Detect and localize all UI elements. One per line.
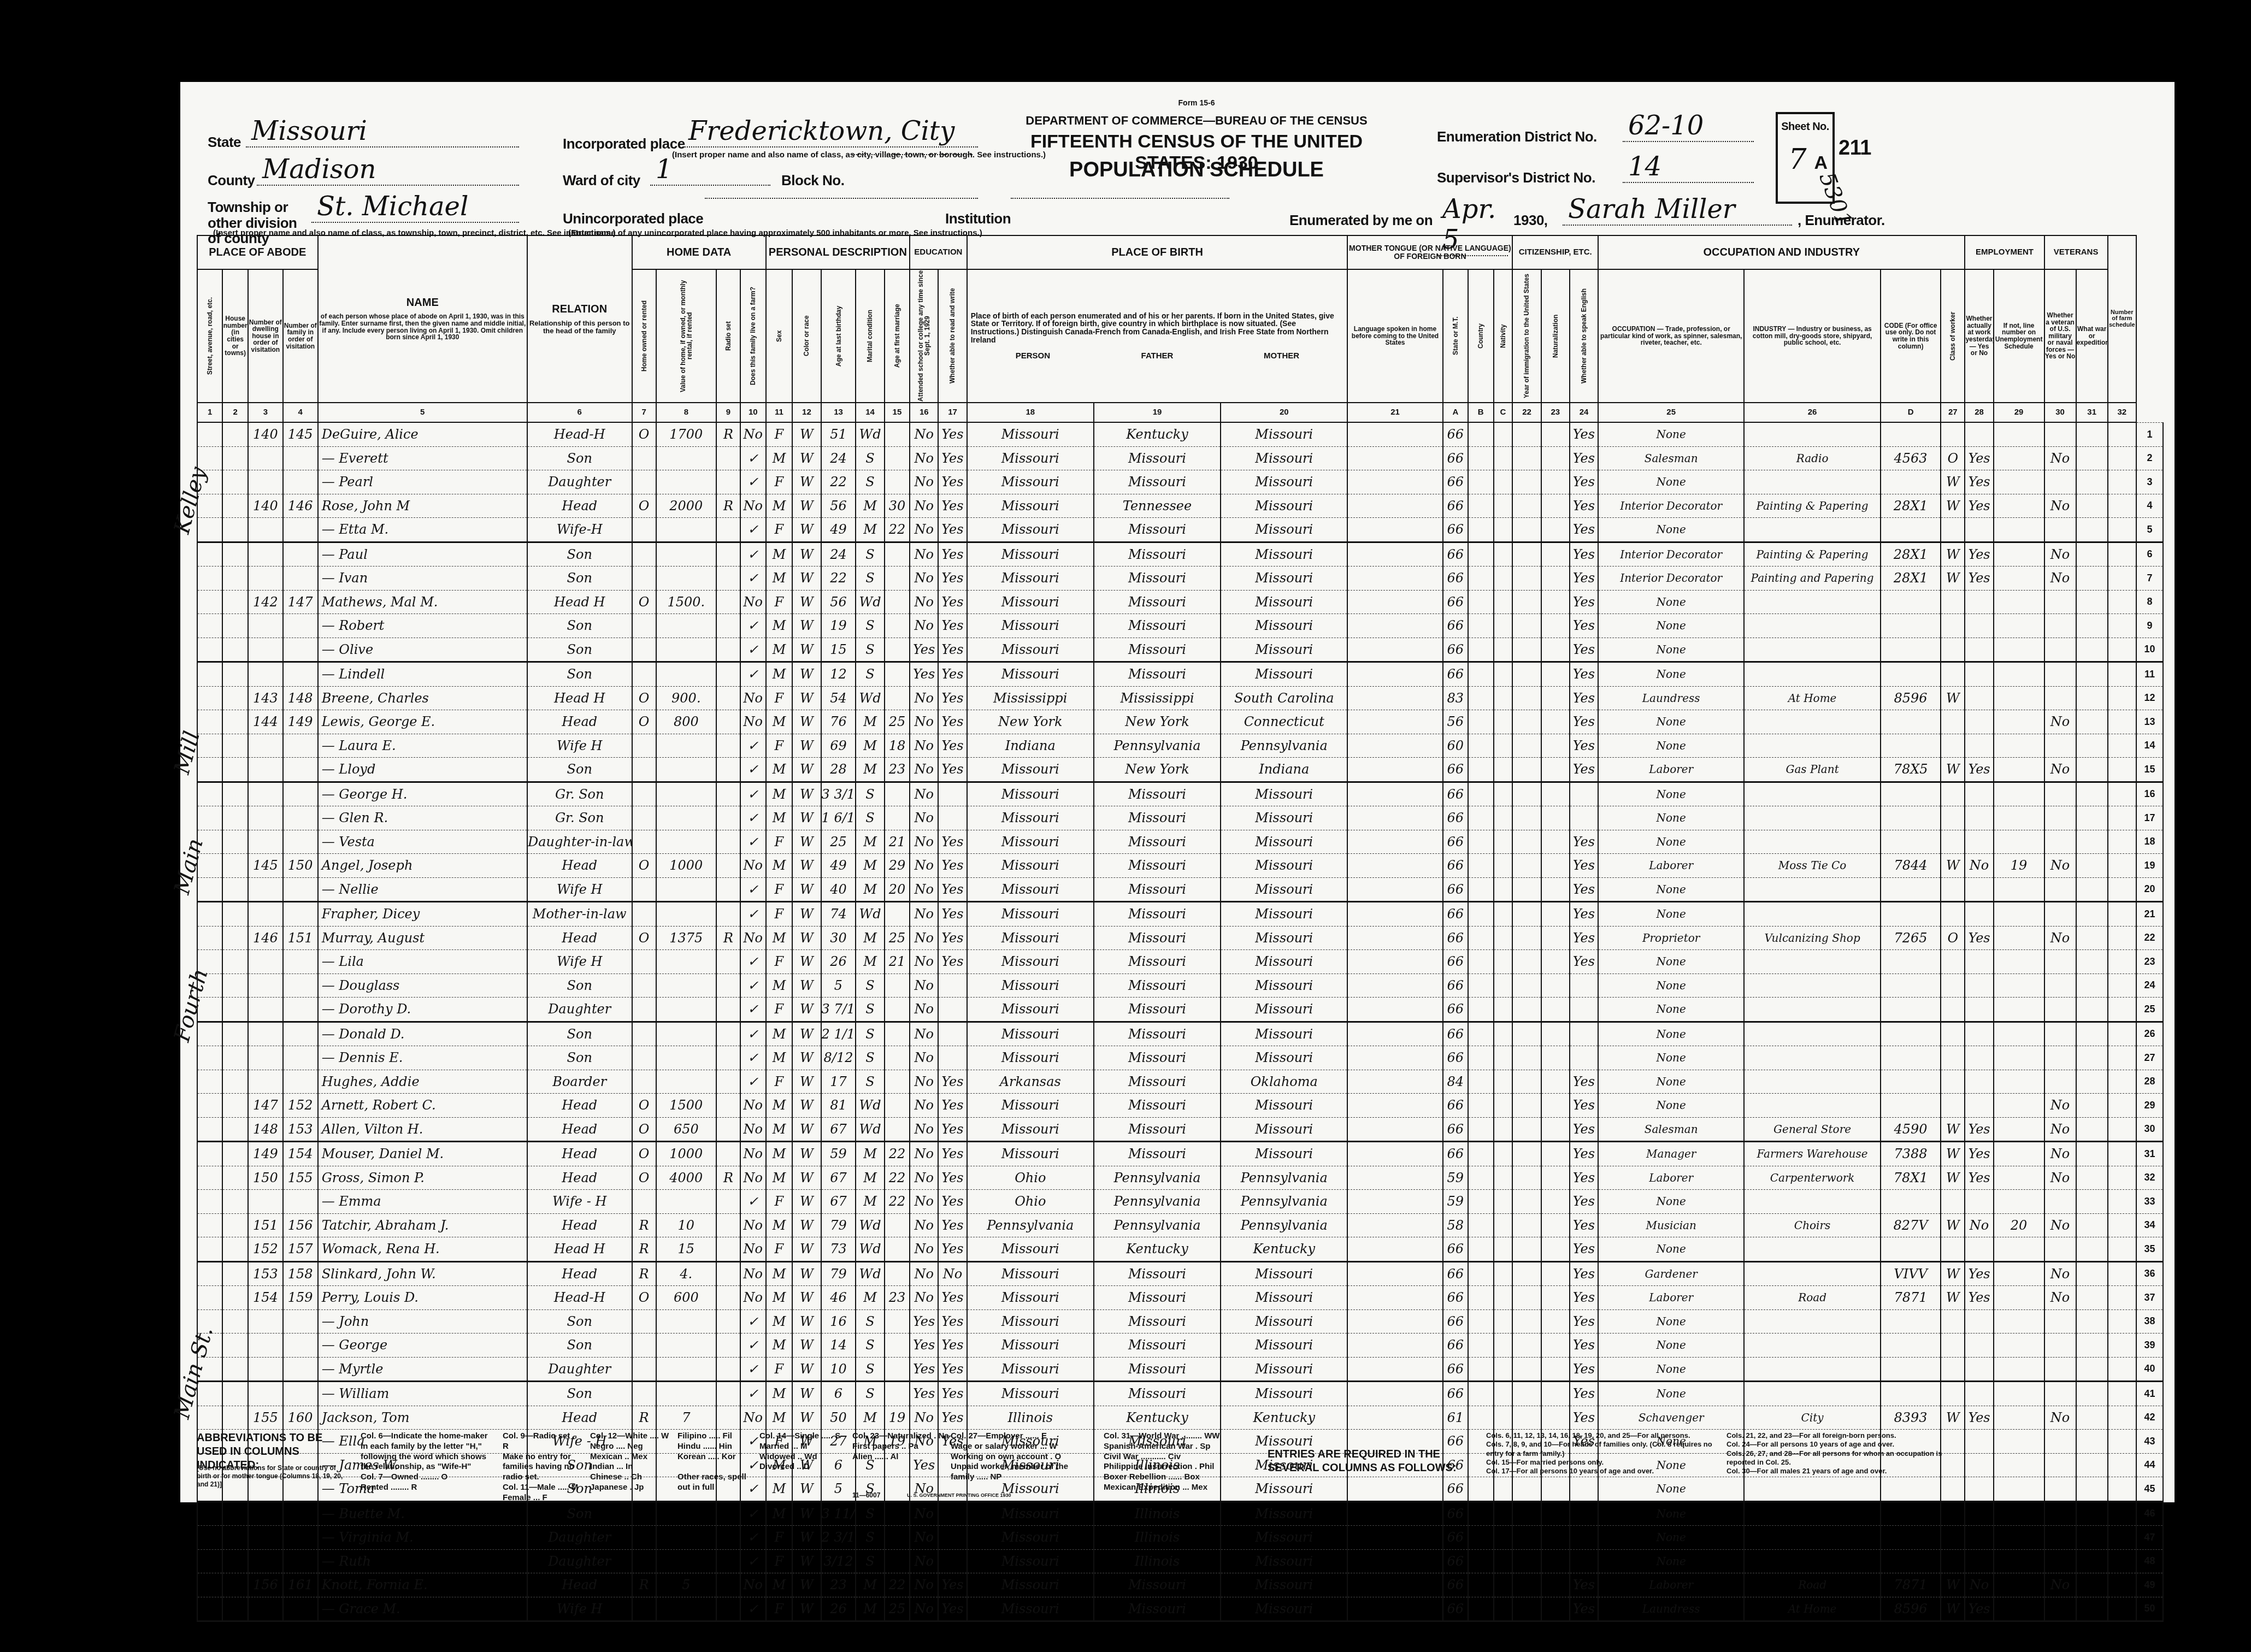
class-of-worker-cell <box>1941 422 1965 446</box>
birthplace-person-cell: Pennsylvania <box>967 1213 1094 1237</box>
radio-cell <box>716 950 740 974</box>
sex-cell: F <box>766 1357 793 1382</box>
marital-cell: S <box>856 1382 884 1406</box>
home-value-cell <box>656 973 716 998</box>
birthplace-father-cell: Kentucky <box>1094 422 1221 446</box>
code-a-cell: 66 <box>1443 1501 1468 1526</box>
age-cell: 76 <box>821 710 856 734</box>
code-a-cell: 59 <box>1443 1190 1468 1214</box>
school-cell: No <box>910 1166 938 1190</box>
col-8-header: Value of home, if owned, or monthly rent… <box>656 269 716 403</box>
class-of-worker-cell <box>1941 782 1965 806</box>
veteran-cell: No <box>2044 710 2076 734</box>
dwelling-number-cell <box>248 1190 283 1214</box>
read-write-cell: Yes <box>938 854 967 878</box>
code-d-cell: 8596 <box>1881 686 1941 710</box>
veteran-cell: No <box>2044 1142 2076 1166</box>
code-b-cell <box>1468 854 1493 878</box>
code-b-cell <box>1468 1406 1493 1430</box>
race-cell: W <box>792 758 821 782</box>
school-cell: Yes <box>910 1382 938 1406</box>
home-value-cell <box>656 902 716 927</box>
name-column-description: of each person whose place of abode on A… <box>319 313 527 340</box>
war-cell <box>2076 638 2108 662</box>
speak-english-cell: Yes <box>1570 830 1598 854</box>
home-value-cell <box>656 1549 716 1573</box>
marital-cell: S <box>856 1549 884 1573</box>
farm-schedule-cell <box>2108 518 2136 542</box>
family-number-cell <box>283 1357 318 1382</box>
birthplace-person-cell: Missouri <box>967 1334 1094 1358</box>
column-number: B <box>1468 403 1493 422</box>
immigration-year-cell <box>1512 1382 1541 1406</box>
street-cell <box>197 1213 222 1237</box>
school-cell: No <box>910 1190 938 1214</box>
group-name-label: NAME <box>319 297 527 309</box>
home-value-cell: 1375 <box>656 926 716 950</box>
street-cell <box>197 1022 222 1046</box>
column-number: 7 <box>632 403 656 422</box>
birthplace-mother-cell: Missouri <box>1221 1117 1347 1142</box>
dwelling-number-cell <box>248 1597 283 1621</box>
immigration-year-cell <box>1512 1501 1541 1526</box>
sex-cell: M <box>766 710 793 734</box>
line-number-cell: 8 <box>2136 590 2163 614</box>
name-cell: — Grace M. <box>318 1597 527 1621</box>
census-row: — DouglassSon✓MW5SNoMissouriMissouriMiss… <box>197 973 2163 998</box>
marital-cell: Wd <box>856 1094 884 1118</box>
occupation-cell: None <box>1598 1334 1744 1358</box>
industry-cell <box>1744 1382 1881 1406</box>
column-number: 9 <box>716 403 740 422</box>
code-b-cell <box>1468 902 1493 927</box>
relation-cell: Son <box>527 542 632 567</box>
family-number-cell <box>283 1334 318 1358</box>
abbrev-col12-other: Filipino ..... Fil Hindu ...... Hin Kore… <box>677 1431 749 1493</box>
census-row: — Buette M.Son✓MW3 11/12SNoMissouriIllin… <box>197 1501 2163 1526</box>
house-number-cell <box>222 518 248 542</box>
census-row: 140146Rose, John MHeadO2000RNoMW56M30NoY… <box>197 494 2163 518</box>
street-cell <box>197 422 222 446</box>
industry-cell: Farmers Warehouse <box>1744 1142 1881 1166</box>
school-cell: Yes <box>910 662 938 687</box>
age-cell: 25 <box>821 830 856 854</box>
census-row: — LindellSon✓MW12SYesYesMissouriMissouri… <box>197 662 2163 687</box>
school-cell: No <box>910 686 938 710</box>
census-row: — EverettSon✓MW24SNoYesMissouriMissouriM… <box>197 446 2163 470</box>
census-row: — Laura E.Wife H✓FW69M18NoYesIndianaPenn… <box>197 734 2163 758</box>
unemployment-line-cell <box>1994 806 2044 830</box>
industry-cell <box>1744 902 1881 927</box>
immigration-year-cell <box>1512 1597 1541 1621</box>
relation-cell: Son <box>527 446 632 470</box>
relation-cell: Daughter <box>527 1357 632 1382</box>
code-b-cell <box>1468 1046 1493 1070</box>
sex-cell: M <box>766 1286 793 1310</box>
census-row: 154159Perry, Louis D.Head-HO600NoMW46M23… <box>197 1286 2163 1310</box>
family-number-cell <box>283 877 318 902</box>
family-number-cell: 153 <box>283 1117 318 1142</box>
industry-cell: At Home <box>1744 1597 1881 1621</box>
read-write-cell: Yes <box>938 1382 967 1406</box>
school-cell: No <box>910 1573 938 1597</box>
at-work-cell: Yes <box>1965 1286 1993 1310</box>
sex-cell: M <box>766 494 793 518</box>
mother-tongue-cell <box>1347 1094 1442 1118</box>
code-d-cell <box>1881 1334 1941 1358</box>
code-a-cell: 66 <box>1443 973 1468 998</box>
house-number-cell <box>222 782 248 806</box>
dwelling-number-cell <box>248 1046 283 1070</box>
war-cell <box>2076 1334 2108 1358</box>
code-d-cell <box>1881 950 1941 974</box>
relation-cell: Head <box>527 1142 632 1166</box>
speak-english-cell: Yes <box>1570 1286 1598 1310</box>
farm-cell: ✓ <box>740 973 765 998</box>
code-c-cell <box>1494 1406 1513 1430</box>
form-number: Form 15-6 <box>1000 98 1393 107</box>
birthplace-father-cell: Missouri <box>1094 614 1221 638</box>
house-number-cell <box>222 1213 248 1237</box>
col-7-header: Home owned or rented <box>632 269 656 403</box>
house-number-cell <box>222 1166 248 1190</box>
family-number-cell: 154 <box>283 1142 318 1166</box>
census-row: — PaulSon✓MW24SNoYesMissouriMissouriMiss… <box>197 542 2163 567</box>
census-row: — Glen R.Gr. Son✓MW1 6/12SNoMissouriMiss… <box>197 806 2163 830</box>
code-a-cell: 66 <box>1443 1237 1468 1262</box>
at-work-cell: Yes <box>1965 1142 1993 1166</box>
code-c-cell <box>1494 1597 1513 1621</box>
war-cell <box>2076 1094 2108 1118</box>
age-cell: 30 <box>821 926 856 950</box>
occupation-cell: Laundress <box>1598 686 1744 710</box>
line-number-cell: 10 <box>2136 638 2163 662</box>
dwelling-number-cell <box>248 1501 283 1526</box>
code-a-cell: 66 <box>1443 1526 1468 1550</box>
speak-english-cell: Yes <box>1570 926 1598 950</box>
speak-english-cell: Yes <box>1570 950 1598 974</box>
speak-english-cell: Yes <box>1570 1094 1598 1118</box>
at-work-cell <box>1965 973 1993 998</box>
war-cell <box>2076 614 2108 638</box>
census-row: Hughes, AddieBoarder✓FW17SNoYesArkansasM… <box>197 1070 2163 1094</box>
veteran-cell <box>2044 734 2076 758</box>
mother-tongue-cell <box>1347 1166 1442 1190</box>
war-cell <box>2076 1573 2108 1597</box>
dwelling-number-cell: 155 <box>248 1406 283 1430</box>
age-cell: 1 6/12 <box>821 806 856 830</box>
code-b-cell <box>1468 1142 1493 1166</box>
age-first-marriage-cell <box>885 973 910 998</box>
speak-english-cell <box>1570 1501 1598 1526</box>
at-work-cell: Yes <box>1965 1117 1993 1142</box>
class-of-worker-cell <box>1941 1022 1965 1046</box>
industry-cell <box>1744 806 1881 830</box>
col-11-header: Sex <box>766 269 793 403</box>
code-c-cell <box>1494 518 1513 542</box>
home-owned-cell <box>632 638 656 662</box>
sex-cell: F <box>766 422 793 446</box>
immigration-year-cell <box>1512 902 1541 927</box>
age-first-marriage-cell <box>885 806 910 830</box>
veteran-cell: No <box>2044 1406 2076 1430</box>
speak-english-cell: Yes <box>1570 1573 1598 1597</box>
home-value-cell: 5 <box>656 1573 716 1597</box>
class-of-worker-cell <box>1941 830 1965 854</box>
at-work-cell <box>1965 830 1993 854</box>
street-cell <box>197 973 222 998</box>
industry-cell: Gas Plant <box>1744 758 1881 782</box>
veteran-cell <box>2044 830 2076 854</box>
mother-tongue-cell <box>1347 662 1442 687</box>
unemployment-line-cell <box>1994 830 2044 854</box>
col-31-header: What war or expedition? <box>2076 269 2108 403</box>
sex-cell: M <box>766 1094 793 1118</box>
class-of-worker-cell <box>1941 1094 1965 1118</box>
code-a-cell: 61 <box>1443 1406 1468 1430</box>
school-cell: No <box>910 973 938 998</box>
birthplace-mother-cell: Pennsylvania <box>1221 1213 1347 1237</box>
age-first-marriage-cell <box>885 1261 910 1286</box>
code-b-cell <box>1468 1334 1493 1358</box>
street-cell <box>197 518 222 542</box>
name-cell: Tatchir, Abraham J. <box>318 1213 527 1237</box>
dwelling-number-cell <box>248 638 283 662</box>
house-number-cell <box>222 806 248 830</box>
family-number-cell: 149 <box>283 710 318 734</box>
marital-cell: M <box>856 1190 884 1214</box>
code-a-cell: 66 <box>1443 950 1468 974</box>
code-a-cell: 66 <box>1443 854 1468 878</box>
code-c-cell <box>1494 1022 1513 1046</box>
read-write-cell: Yes <box>938 494 967 518</box>
birthplace-mother-cell: Connecticut <box>1221 710 1347 734</box>
abbrev-col23: Col. 23—Naturalized . Na First papers ..… <box>852 1431 951 1462</box>
occupation-cell: Laundress <box>1598 1597 1744 1621</box>
code-d-cell <box>1881 1190 1941 1214</box>
family-number-cell: 156 <box>283 1213 318 1237</box>
radio-cell <box>716 1334 740 1358</box>
speak-english-cell: Yes <box>1570 1357 1598 1382</box>
census-row: — Grace M.Wife H✓FW26M25NoYesMissouriMis… <box>197 1597 2163 1621</box>
class-of-worker-cell <box>1941 1382 1965 1406</box>
street-cell <box>197 590 222 614</box>
age-first-marriage-cell <box>885 1526 910 1550</box>
at-work-cell <box>1965 662 1993 687</box>
line-number-cell: 31 <box>2136 1142 2163 1166</box>
read-write-cell <box>938 1526 967 1550</box>
naturalization-cell <box>1541 1237 1570 1262</box>
class-of-worker-cell: W <box>1941 1573 1965 1597</box>
sex-cell: M <box>766 1022 793 1046</box>
entries-required-b: Cols. 21, 22, and 23—For all foreign-bor… <box>1726 1431 1945 1476</box>
code-c-cell <box>1494 470 1513 494</box>
age-cell: 59 <box>821 1142 856 1166</box>
unemployment-line-cell <box>1994 470 2044 494</box>
birthplace-mother-cell: Missouri <box>1221 902 1347 927</box>
family-number-cell <box>283 782 318 806</box>
census-row: — Dorothy D.Daughter✓FW3 7/12SNoMissouri… <box>197 998 2163 1022</box>
speak-english-cell <box>1570 1549 1598 1573</box>
age-first-marriage-cell <box>885 590 910 614</box>
street-cell <box>197 1190 222 1214</box>
code-d-cell <box>1881 422 1941 446</box>
home-value-cell <box>656 638 716 662</box>
enumerated-label: Enumerated by me on <box>1289 212 1433 229</box>
age-cell: 2 3/12 <box>821 1526 856 1550</box>
marital-cell: Wd <box>856 686 884 710</box>
census-row: — PearlDaughter✓FW22SNoYesMissouriMissou… <box>197 470 2163 494</box>
age-cell: 79 <box>821 1213 856 1237</box>
age-first-marriage-cell <box>885 1382 910 1406</box>
marital-cell: M <box>856 830 884 854</box>
age-first-marriage-cell <box>885 662 910 687</box>
column-number: C <box>1494 403 1513 422</box>
veteran-cell <box>2044 782 2076 806</box>
race-cell: W <box>792 590 821 614</box>
naturalization-cell <box>1541 662 1570 687</box>
school-cell: No <box>910 877 938 902</box>
race-cell: W <box>792 1286 821 1310</box>
marital-cell: M <box>856 926 884 950</box>
unemployment-line-cell <box>1994 998 2044 1022</box>
street-cell <box>197 830 222 854</box>
industry-cell <box>1744 1261 1881 1286</box>
birthplace-father-cell: Missouri <box>1094 1046 1221 1070</box>
code-a-cell: 66 <box>1443 638 1468 662</box>
farm-cell: No <box>740 494 765 518</box>
line-number-cell: 2 <box>2136 446 2163 470</box>
immigration-year-cell <box>1512 1237 1541 1262</box>
birthplace-note: Place of birth of each person enumerated… <box>971 312 1344 344</box>
immigration-year-cell <box>1512 758 1541 782</box>
street-cell <box>197 1501 222 1526</box>
sex-cell: M <box>766 446 793 470</box>
mother-tongue-cell <box>1347 973 1442 998</box>
age-first-marriage-cell: 22 <box>885 1573 910 1597</box>
radio-cell <box>716 877 740 902</box>
street-cell <box>197 1309 222 1334</box>
ward-value: 1 <box>650 154 770 186</box>
at-work-cell <box>1965 1046 1993 1070</box>
home-value-cell: 10 <box>656 1213 716 1237</box>
radio-cell <box>716 1261 740 1286</box>
name-cell: Lewis, George E. <box>318 710 527 734</box>
farm-schedule-cell <box>2108 422 2136 446</box>
name-cell: — Nellie <box>318 877 527 902</box>
speak-english-cell: Yes <box>1570 518 1598 542</box>
birthplace-mother-cell: Indiana <box>1221 758 1347 782</box>
occupation-cell: Interior Decorator <box>1598 542 1744 567</box>
street-cell <box>197 686 222 710</box>
age-first-marriage-cell <box>885 1549 910 1573</box>
home-value-cell <box>656 614 716 638</box>
marital-cell: M <box>856 1142 884 1166</box>
code-d-cell <box>1881 973 1941 998</box>
abbreviations-footer: ABBREVIATIONS TO BE USED IN COLUMNS INDI… <box>197 1431 2164 1497</box>
age-first-marriage-cell <box>885 1357 910 1382</box>
code-b-cell <box>1468 782 1493 806</box>
age-cell: 24 <box>821 542 856 567</box>
home-value-cell <box>656 662 716 687</box>
column-number: 21 <box>1347 403 1442 422</box>
marital-cell: S <box>856 567 884 591</box>
farm-schedule-cell <box>2108 590 2136 614</box>
farm-schedule-cell <box>2108 494 2136 518</box>
read-write-cell: Yes <box>938 926 967 950</box>
family-number-cell: 147 <box>283 590 318 614</box>
census-row: 142147Mathews, Mal M.Head HO1500.NoFW56W… <box>197 590 2163 614</box>
column-number: 32 <box>2108 403 2136 422</box>
relation-cell: Wife-H <box>527 518 632 542</box>
mother-tongue-cell <box>1347 758 1442 782</box>
speak-english-cell: Yes <box>1570 1237 1598 1262</box>
occupation-cell: None <box>1598 734 1744 758</box>
radio-cell <box>716 973 740 998</box>
code-b-cell <box>1468 1286 1493 1310</box>
naturalization-cell <box>1541 446 1570 470</box>
street-cell <box>197 1597 222 1621</box>
read-write-cell: Yes <box>938 1357 967 1382</box>
race-cell: W <box>792 1597 821 1621</box>
code-c-cell <box>1494 1286 1513 1310</box>
marital-cell: S <box>856 1501 884 1526</box>
industry-cell: Vulcanizing Shop <box>1744 926 1881 950</box>
read-write-cell: Yes <box>938 446 967 470</box>
mother-tongue-cell <box>1347 446 1442 470</box>
house-number-cell <box>222 1309 248 1334</box>
name-cell: Rose, John M <box>318 494 527 518</box>
age-first-marriage-cell <box>885 614 910 638</box>
birthplace-person-cell: Ohio <box>967 1166 1094 1190</box>
birthplace-mother-cell: Missouri <box>1221 1309 1347 1334</box>
column-number: 12 <box>792 403 821 422</box>
age-cell: 67 <box>821 1190 856 1214</box>
read-write-cell: Yes <box>938 1142 967 1166</box>
naturalization-cell <box>1541 1117 1570 1142</box>
school-cell: No <box>910 854 938 878</box>
code-c-cell <box>1494 686 1513 710</box>
at-work-cell: Yes <box>1965 567 1993 591</box>
relation-cell: Head <box>527 1261 632 1286</box>
home-owned-cell <box>632 1357 656 1382</box>
farm-cell: No <box>740 1237 765 1262</box>
farm-schedule-cell <box>2108 998 2136 1022</box>
at-work-cell: Yes <box>1965 926 1993 950</box>
house-number-cell <box>222 1022 248 1046</box>
house-number-cell <box>222 1046 248 1070</box>
occupation-cell: None <box>1598 1070 1744 1094</box>
sex-cell: M <box>766 806 793 830</box>
col-20-header: MOTHER <box>1219 352 1344 361</box>
radio-cell <box>716 1597 740 1621</box>
home-value-cell <box>656 1501 716 1526</box>
race-cell: W <box>792 567 821 591</box>
block-label: Block No. <box>781 172 844 189</box>
birthplace-mother-cell: Pennsylvania <box>1221 1190 1347 1214</box>
code-d-cell: 7388 <box>1881 1142 1941 1166</box>
abbrev-col14: Col. 14—Single ..... S Married ... M Wid… <box>759 1431 847 1472</box>
family-number-cell <box>283 1597 318 1621</box>
birthplace-person-cell: Missouri <box>967 1382 1094 1406</box>
at-work-cell <box>1965 1501 1993 1526</box>
relation-cell: Head <box>527 1213 632 1237</box>
occupation-cell: Laborer <box>1598 1166 1744 1190</box>
sex-cell: M <box>766 662 793 687</box>
family-number-cell: 152 <box>283 1094 318 1118</box>
farm-cell: No <box>740 926 765 950</box>
code-d-cell: 4590 <box>1881 1117 1941 1142</box>
